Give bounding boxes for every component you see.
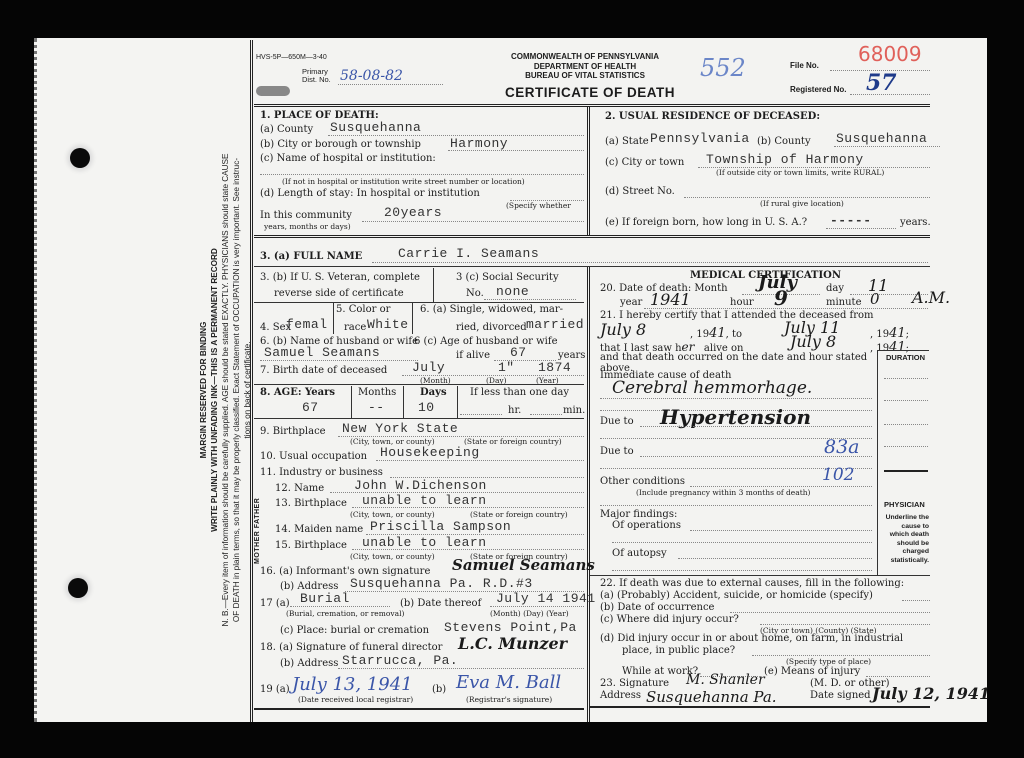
header-rule [254, 104, 930, 107]
father-name-label: 12. Name [275, 483, 324, 494]
community-label: In this community [260, 210, 352, 221]
age-months: -- [368, 400, 385, 415]
rule-bottom-right [590, 706, 930, 708]
rule-after-age [254, 418, 584, 419]
father-birthplace-line [352, 507, 584, 508]
death-hour: 9 [774, 286, 788, 310]
physician-address-label: Address [600, 690, 641, 701]
mother-birthplace-line [352, 549, 584, 550]
operations-label: Of operations [612, 520, 681, 531]
residence-city-label: (c) City or town [605, 157, 684, 168]
hr-line [460, 414, 502, 415]
margin-line-1: MARGIN RESERVED FOR BINDING [198, 60, 209, 720]
primary-dist-label: Primary Dist. No. [302, 68, 342, 84]
rule-before-age [254, 384, 584, 385]
physician-address: Susquehanna Pa. [646, 688, 777, 706]
last-saw-date: July 8 [790, 332, 836, 351]
immediate-line [600, 398, 872, 399]
marital-value: married [526, 317, 584, 332]
father-note-state: (State or foreign country) [470, 510, 568, 519]
specify-note: (Specify whether [506, 201, 571, 210]
agency-line-1: COMMONWEALTH OF PENNSYLVANIA [470, 52, 700, 62]
immediate-value: Cerebral hemmorhage. [612, 378, 812, 398]
director-address-value: Starrucca, Pa. [342, 653, 458, 668]
registrar-b-label: (b) [432, 684, 446, 695]
veteran-divider [433, 268, 434, 302]
physician-note: Underline the cause to which death shoul… [881, 514, 929, 566]
burial-line [290, 606, 390, 607]
color-label-2: race [344, 322, 366, 333]
hospital-label: (c) Name of hospital or institution: [260, 153, 436, 164]
registrar-date-note: (Date received local registrar) [298, 695, 413, 704]
code-1: 83a [824, 436, 860, 458]
external-heading: 22. If death was due to external causes,… [600, 578, 904, 589]
union-label-icon [256, 86, 290, 96]
other-conditions-label: Other conditions [600, 476, 685, 487]
mother-name-value: Priscilla Sampson [370, 519, 511, 534]
margin-instructions: MARGIN RESERVED FOR BINDING WRITE PLAINL… [198, 60, 253, 720]
external-a-line [902, 600, 930, 601]
registrar-label: 19 (a) [260, 684, 290, 695]
city-label: (b) City or borough or township [260, 139, 421, 150]
means-line [866, 676, 930, 677]
birth-year: 1874 [538, 360, 571, 375]
external-a-label: (a) (Probably) Accident, suicide, or hom… [600, 590, 873, 601]
informant-signature: Samuel Seamans [452, 556, 595, 574]
death-ampm: A.M. [912, 288, 950, 307]
director-signature: L.C. Munzer [458, 634, 567, 653]
burial-date-value: July 14 1941 [496, 591, 596, 606]
autopsy-label: Of autopsy [612, 548, 667, 559]
date-signed-value: July 12, 1941 [872, 684, 990, 703]
duration-line-1 [884, 378, 928, 379]
code-2: 102 [822, 465, 854, 485]
age-years: 67 [302, 400, 319, 415]
ssn-value: none [496, 284, 529, 299]
mother-name-label: 14. Maiden name [275, 524, 363, 535]
ssn-line [484, 299, 576, 300]
director-address-line [338, 668, 584, 669]
burial-date-line [490, 606, 584, 607]
agency-line-2: DEPARTMENT OF HEALTH [470, 62, 700, 72]
residence-state-value: Pennsylvania [650, 131, 750, 146]
county-value: Susquehanna [330, 120, 421, 135]
registered-no-value: 57 [866, 70, 897, 96]
agency-line-3: BUREAU OF VITAL STATISTICS [470, 71, 700, 81]
dist-line [338, 84, 443, 85]
form-code: HVS-5P—650M—3-40 [256, 54, 327, 61]
industry-label: 11. Industry or business [260, 467, 383, 478]
external-d-note: (Specify type of place) [786, 657, 871, 666]
registrar-date: July 13, 1941 [292, 674, 413, 695]
physician-signature: M. Shanler [686, 672, 765, 688]
full-name-label-text: 3. (a) FULL NAME [260, 251, 362, 262]
stay-label: (d) Length of stay: In hospital or insti… [260, 188, 480, 199]
informant-address-value: Susquehanna Pa. R.D.#3 [350, 576, 533, 591]
birth-month: July [412, 360, 445, 375]
file-no-label: File No. [790, 61, 819, 70]
community-note: years, months or days) [264, 222, 351, 231]
registered-line [850, 94, 930, 95]
father-note-city: (City, town, or county) [350, 510, 435, 519]
spouse-age-label: 6 (c) Age of husband or wife [414, 336, 558, 347]
marital-label-1: 6. (a) Single, widowed, mar- [420, 304, 563, 315]
age-divider-3 [457, 386, 458, 418]
file-no-value: 68009 [858, 42, 922, 66]
birthplace-value: New York State [342, 421, 458, 436]
street-note: (If rural give location) [760, 199, 844, 208]
burial-date-label: (b) Date thereof [400, 598, 481, 609]
primary-dist-value: 58-08-82 [340, 68, 403, 84]
external-b-line [730, 612, 930, 613]
divider-1-2 [587, 107, 590, 235]
min-line [530, 414, 562, 415]
due-to-label-2: Due to [600, 446, 634, 457]
residence-city-note: (If outside city or town limits, write R… [716, 168, 884, 177]
residence-heading: 2. USUAL RESIDENCE OF DECEASED: [605, 111, 820, 122]
age-label: 8. AGE: Years [260, 387, 335, 398]
rule-before-external [590, 575, 930, 576]
color-value: White [367, 317, 409, 332]
physician-heading: PHYSICIAN [884, 500, 925, 509]
father-name-value: John W.Dichenson [354, 478, 487, 493]
birth-label: 7. Birth date of deceased [260, 365, 387, 376]
birthplace-label: 9. Birthplace [260, 426, 326, 437]
operations-line [690, 530, 872, 531]
death-hour-label: hour [730, 297, 754, 308]
duration-line-5 [884, 470, 928, 472]
registered-no-label: Registered No. [790, 85, 846, 94]
margin-line-4: OF DEATH in plain terms, so that it may … [231, 60, 242, 720]
father-tag: FATHER [254, 498, 261, 528]
external-d-line [752, 655, 930, 656]
rule-after-name [254, 266, 930, 267]
frame-left [250, 40, 253, 722]
street-line [684, 197, 930, 198]
certificate-title: CERTIFICATE OF DEATH [470, 85, 710, 100]
duration-label: DURATION [886, 353, 925, 362]
full-name-label: 3. (a) FULL NAME [260, 251, 362, 262]
city-value: Harmony [450, 136, 508, 151]
external-b-label: (b) Date of occurrence [600, 602, 714, 613]
mother-birthplace-value: unable to learn [362, 535, 487, 550]
spouse-line [260, 360, 418, 361]
min-label: min. [563, 405, 585, 416]
due-to-line-1 [640, 426, 872, 427]
residence-state-label: (a) State [605, 136, 649, 147]
registrar-signature: Eva M. Ball [456, 672, 561, 693]
death-minute-label: minute [826, 297, 862, 308]
father-birthplace-label: 13. Birthplace [275, 498, 347, 509]
age-days: 10 [418, 400, 435, 415]
margin-line-3: N. B.—Every item of information should b… [220, 60, 231, 720]
days-label: Days [420, 387, 447, 398]
death-year-label: year [620, 297, 642, 308]
date-signed-label: Date signed [810, 690, 871, 701]
means-label: (e) Means of injury [764, 666, 860, 677]
color-label-1: 5. Color or [336, 304, 390, 315]
age-divider-2 [403, 386, 404, 418]
hospital-note: (If not in hospital or institution write… [282, 177, 525, 186]
rule-bottom-left [254, 708, 584, 710]
community-value: 20years [384, 205, 442, 220]
external-d-label-1: (d) Did injury occur in or about home, o… [600, 633, 903, 644]
residence-city-value: Township of Harmony [706, 152, 864, 167]
father-birthplace-value: unable to learn [362, 493, 487, 508]
full-name-value: Carrie I. Seamans [398, 246, 539, 261]
death-year: 1941 [650, 290, 691, 309]
ssn-label-2: No. [466, 288, 484, 299]
residence-county-line [834, 146, 940, 147]
color-divider [412, 302, 413, 334]
rule-after-veteran [254, 302, 584, 303]
margin-line-2: WRITE PLAINLY WITH UNFADING INK—THIS IS … [209, 60, 220, 720]
autopsy-line [678, 558, 872, 559]
less-day-label: If less than one day [470, 387, 569, 398]
burial-place-label: (c) Place: burial or cremation [280, 625, 429, 636]
street-label: (d) Street No. [605, 186, 675, 197]
external-c-label: (c) Where did injury occur? [600, 614, 739, 625]
duration-divider [877, 350, 878, 575]
autopsy-line-2 [612, 570, 872, 571]
residence-county-label: (b) County [757, 136, 811, 147]
punch-hole-bottom [68, 578, 88, 598]
sex-divider [333, 302, 334, 334]
veteran-label-2: reverse side of certificate [274, 288, 404, 299]
duration-line-3 [884, 424, 928, 425]
birth-day: 1" [498, 360, 515, 375]
external-c-line [760, 624, 930, 625]
months-label: Months [358, 387, 396, 398]
burial-label: 17 (a) [260, 598, 290, 609]
spouse-value: Samuel Seamans [264, 345, 380, 360]
burial-note: (Burial, cremation, or removal) [286, 609, 404, 618]
findings-label: Major findings: [600, 509, 677, 520]
death-minute: 0 [870, 290, 880, 308]
foreign-unit: years. [900, 217, 931, 228]
age-divider-1 [351, 386, 352, 418]
occupation-line [376, 460, 584, 461]
mother-note-city: (City, town, or county) [350, 552, 435, 561]
ssn-label-1: 3 (c) Social Security [456, 272, 559, 283]
residence-county-value: Susquehanna [836, 131, 927, 146]
attended-from-year: 41 [709, 326, 726, 341]
occupation-label: 10. Usual occupation [260, 451, 367, 462]
other-line [690, 486, 872, 487]
duration-line-4 [884, 446, 928, 447]
attended-from: July 8 [600, 320, 646, 339]
due-to-label-1: Due to [600, 416, 634, 427]
death-day-label: day [826, 283, 844, 294]
hr-label: hr. [508, 405, 521, 416]
mother-birthplace-label: 15. Birthplace [275, 540, 347, 551]
duration-line-2 [884, 400, 928, 401]
marital-label-2: ried, divorced [456, 322, 527, 333]
foreign-line [826, 228, 896, 229]
findings-sep [600, 505, 872, 506]
divider-personal-medical [587, 267, 590, 722]
punch-hole-top [70, 148, 90, 168]
hospital-line [260, 174, 584, 175]
operations-line-2 [612, 542, 872, 543]
community-line [362, 221, 584, 222]
death-time-line [644, 308, 928, 309]
foreign-label: (e) If foreign born, how long in U. S. A… [605, 217, 807, 228]
foreign-value: ----- [830, 213, 872, 228]
burial-date-note: (Month) (Day) (Year) [490, 609, 569, 618]
rule-after-residence [254, 235, 930, 238]
due-to-line-2 [640, 456, 872, 457]
spouse-age-value: 67 [510, 345, 527, 360]
director-address-label: (b) Address [280, 658, 338, 669]
veteran-label-1: 3. (b) If U. S. Veteran, complete [260, 272, 420, 283]
handwritten-number: 552 [700, 54, 746, 82]
spouse-age-prefix: if alive [456, 350, 490, 361]
full-name-line [372, 262, 928, 263]
parents-tag: MOTHER FATHER [254, 498, 261, 564]
duration-top [877, 350, 929, 351]
registrar-sig-note: (Registrar's signature) [466, 695, 552, 704]
county-label: (a) County [260, 124, 313, 135]
city-line [448, 150, 584, 151]
burial-value: Burial [300, 591, 350, 606]
occupation-value: Housekeeping [380, 445, 480, 460]
mother-tag: MOTHER [254, 531, 261, 564]
sex-value: femal [286, 317, 328, 332]
external-d-label-2: place, in public place? [622, 645, 735, 656]
burial-place-value: Stevens Point,Pa [444, 620, 577, 635]
attended-to-year: 41 [889, 326, 906, 341]
director-label: 18. (a) Signature of funeral director [260, 642, 442, 653]
other-note: (Include pregnancy within 3 months of de… [636, 488, 810, 497]
